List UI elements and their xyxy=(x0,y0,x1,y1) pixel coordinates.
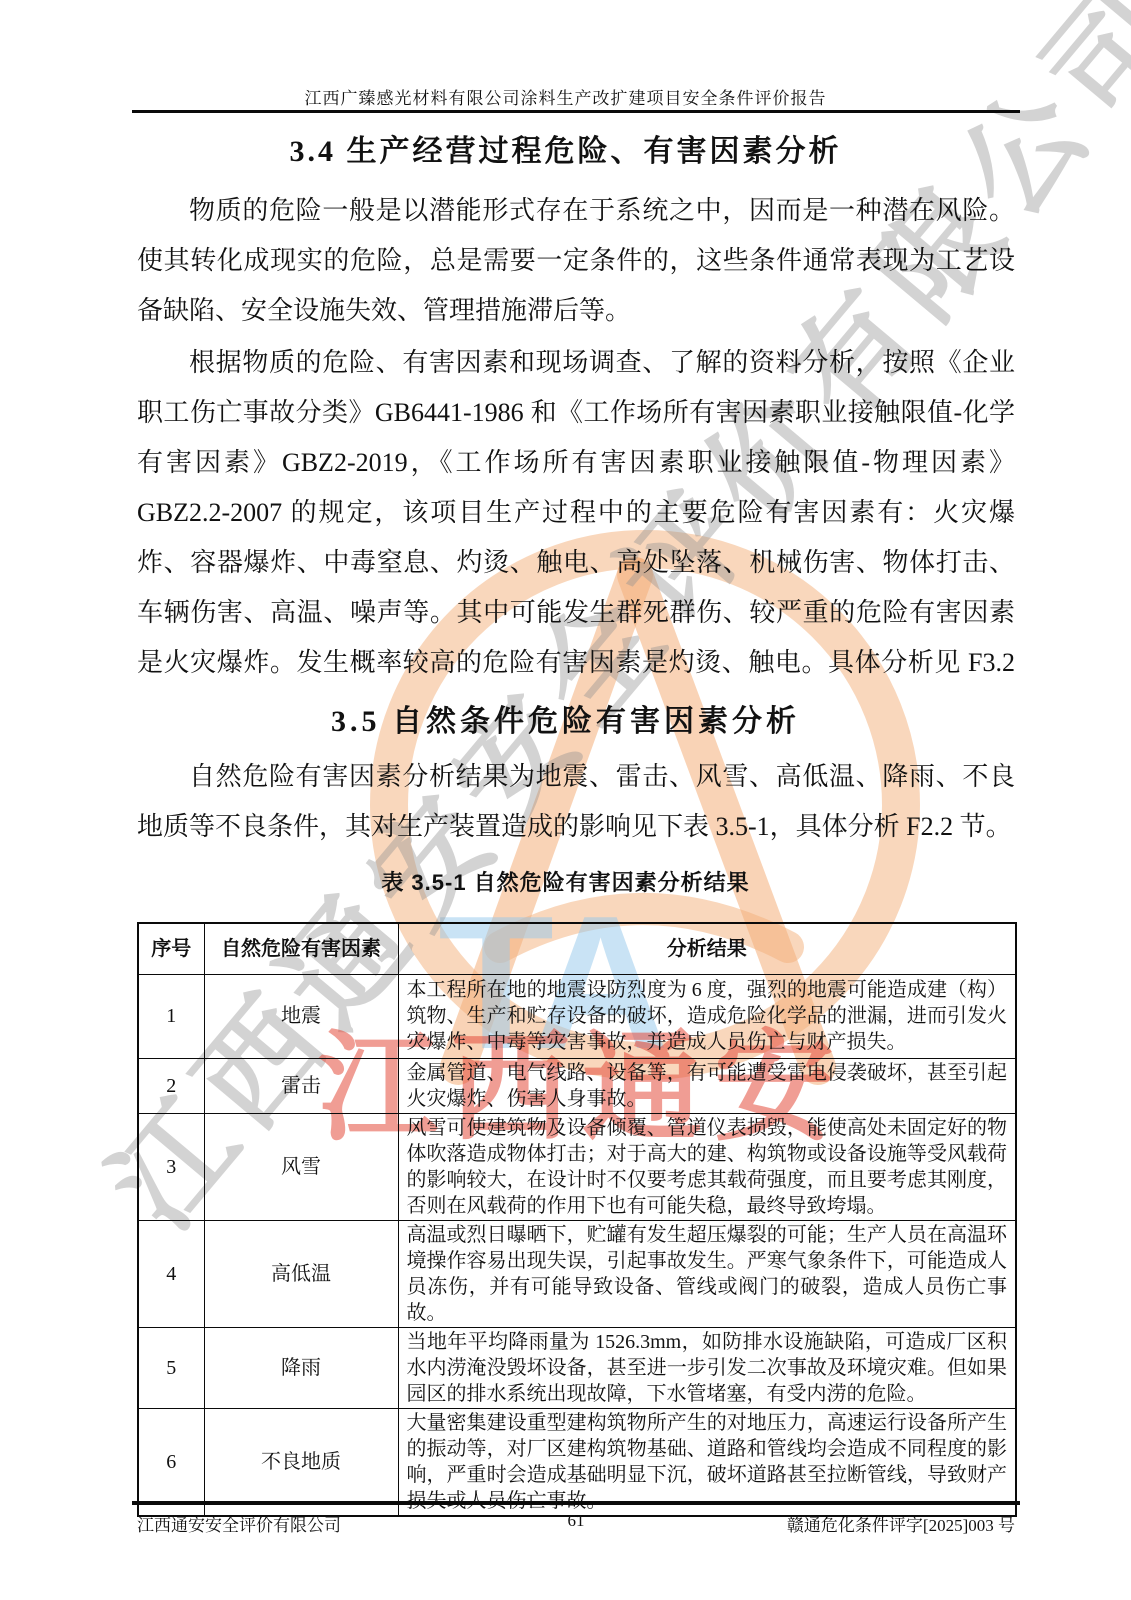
section-3-5-paragraph-1: 自然危险有害因素分析结果为地震、雷击、风雪、高低温、降雨、不良地质等不良条件，其… xyxy=(137,752,1015,852)
hazard-factor-cell: 雷击 xyxy=(204,1058,398,1113)
row-number-cell: 1 xyxy=(138,974,204,1058)
table-row: 5 降雨 当地年平均降雨量为 1526.3mm，如防排水设施缺陷，可造成厂区积水… xyxy=(138,1327,1016,1408)
table-row: 4 高低温 高温或烈日曝晒下，贮罐有发生超压爆裂的可能；生产人员在高温环境操作容… xyxy=(138,1220,1016,1327)
column-header-result: 分析结果 xyxy=(398,923,1016,974)
hazard-factor-cell: 降雨 xyxy=(204,1327,398,1408)
analysis-result-cell: 本工程所在地的地震设防烈度为 6 度，强烈的地震可能造成建（构）筑物、生产和贮存… xyxy=(398,974,1016,1058)
hazard-factor-cell: 地震 xyxy=(204,974,398,1058)
section-3-5-heading: 3.5 自然条件危险有害因素分析 xyxy=(0,696,1131,740)
row-number-cell: 6 xyxy=(138,1408,204,1516)
hazard-factor-cell: 高低温 xyxy=(204,1220,398,1327)
footer-document-number: 赣通危化条件评字[2025]003 号 xyxy=(787,1511,1015,1536)
footer-divider xyxy=(132,1501,1020,1505)
page-footer: 61 江西通安安全评价有限公司 赣通危化条件评字[2025]003 号 xyxy=(137,1511,1015,1536)
row-number-cell: 4 xyxy=(138,1220,204,1327)
analysis-result-cell: 高温或烈日曝晒下，贮罐有发生超压爆裂的可能；生产人员在高温环境操作容易出现失误，… xyxy=(398,1220,1016,1327)
table-row: 3 风雪 风雪可使建筑物及设备倾覆、管道仪表损毁，能使高处未固定好的物体吹落造成… xyxy=(138,1113,1016,1220)
hazard-factor-cell: 风雪 xyxy=(204,1113,398,1220)
analysis-result-cell: 当地年平均降雨量为 1526.3mm，如防排水设施缺陷，可造成厂区积水内涝淹没毁… xyxy=(398,1327,1016,1408)
document-content: 江西广臻感光材料有限公司涂料生产改扩建项目安全条件评价报告 3.4 生产经营过程… xyxy=(0,0,1131,1600)
table-row: 2 雷击 金属管道、电气线路、设备等，有可能遭受雷电侵袭破坏，甚至引起火灾爆炸、… xyxy=(138,1058,1016,1113)
analysis-result-cell: 风雪可使建筑物及设备倾覆、管道仪表损毁，能使高处未固定好的物体吹落造成物体打击；… xyxy=(398,1113,1016,1220)
page-header-title: 江西广臻感光材料有限公司涂料生产改扩建项目安全条件评价报告 xyxy=(0,84,1131,109)
table-row: 1 地震 本工程所在地的地震设防烈度为 6 度，强烈的地震可能造成建（构）筑物、… xyxy=(138,974,1016,1058)
section-3-4-paragraph-2: 根据物质的危险、有害因素和现场调查、了解的资料分析，按照《企业职工伤亡事故分类》… xyxy=(137,338,1015,688)
section-3-4-heading: 3.4 生产经营过程危险、有害因素分析 xyxy=(0,126,1131,170)
table-caption: 表 3.5-1 自然危险有害因素分析结果 xyxy=(0,866,1131,897)
document-page: TA 江西通安安全评价有限公司 江西通安 江西广臻感光材料有限公司涂料生产改扩建… xyxy=(0,0,1131,1600)
analysis-result-cell: 大量密集建设重型建构筑物所产生的对地压力，高速运行设备所产生的振动等，对厂区建构… xyxy=(398,1408,1016,1516)
analysis-result-cell: 金属管道、电气线路、设备等，有可能遭受雷电侵袭破坏，甚至引起火灾爆炸、伤害人身事… xyxy=(398,1058,1016,1113)
column-header-no: 序号 xyxy=(138,923,204,974)
section-3-4-paragraph-1: 物质的危险一般是以潜能形式存在于系统之中，因而是一种潜在风险。使其转化成现实的危… xyxy=(137,186,1015,336)
row-number-cell: 2 xyxy=(138,1058,204,1113)
header-divider xyxy=(132,110,1020,113)
footer-company-name: 江西通安安全评价有限公司 xyxy=(137,1511,341,1536)
table-header-row: 序号 自然危险有害因素 分析结果 xyxy=(138,923,1016,974)
table-row: 6 不良地质 大量密集建设重型建构筑物所产生的对地压力，高速运行设备所产生的振动… xyxy=(138,1408,1016,1516)
hazard-factor-cell: 不良地质 xyxy=(204,1408,398,1516)
natural-hazards-table: 序号 自然危险有害因素 分析结果 1 地震 本工程所在地的地震设防烈度为 6 度… xyxy=(137,922,1017,1517)
row-number-cell: 5 xyxy=(138,1327,204,1408)
column-header-factor: 自然危险有害因素 xyxy=(204,923,398,974)
row-number-cell: 3 xyxy=(138,1113,204,1220)
